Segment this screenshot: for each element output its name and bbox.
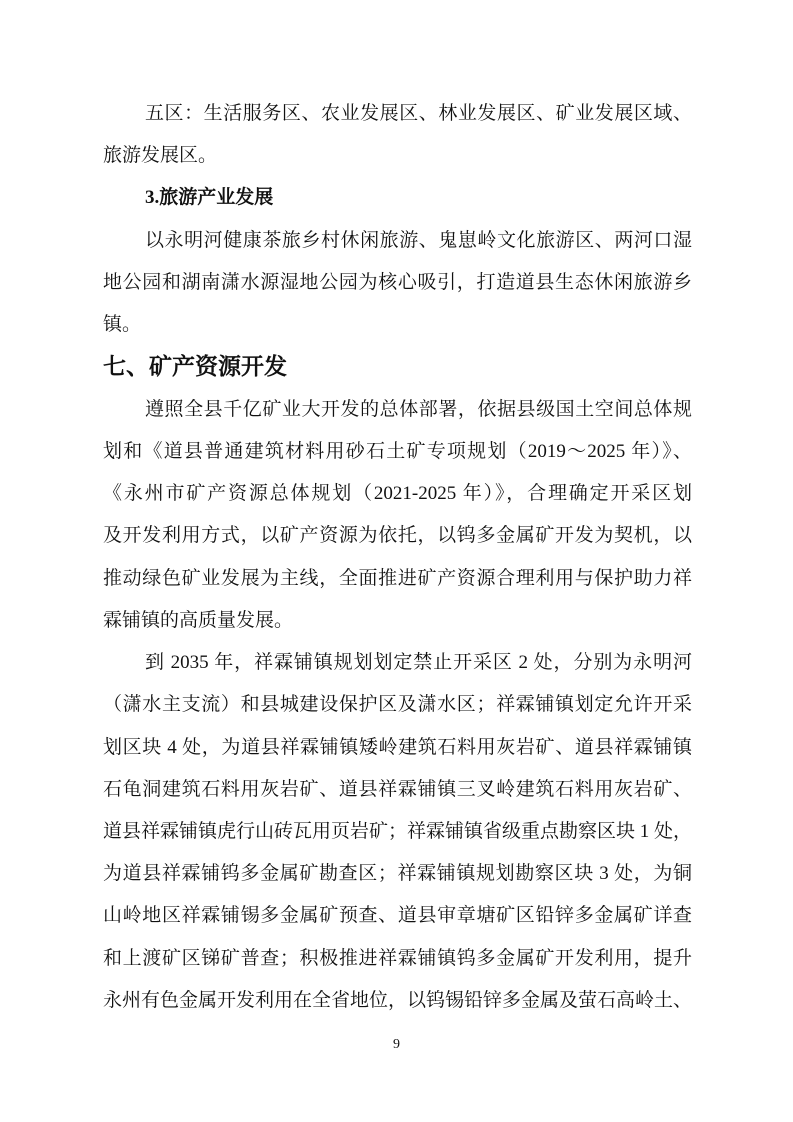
text-line: 推动绿色矿业发展为主线，全面推进矿产资源合理利用与保护助力祥 — [103, 558, 692, 600]
subsection-heading-tourism: 3.旅游产业发展 — [103, 177, 692, 219]
text-line: 镇。 — [103, 304, 692, 346]
text-line: 五区：生活服务区、农业发展区、林业发展区、矿业发展区域、 — [103, 93, 692, 135]
document-content: 五区：生活服务区、农业发展区、林业发展区、矿业发展区域、 旅游发展区。 3.旅游… — [103, 93, 692, 1022]
text-line: 山岭地区祥霖铺锡多金属矿预查、道县审章塘矿区铅锌多金属矿详查 — [103, 895, 692, 937]
section-heading-mineral-resources: 七、矿产资源开发 — [103, 346, 692, 388]
text-line: 霖铺镇的高质量发展。 — [103, 600, 692, 642]
text-line: 到 2035 年，祥霖铺镇规划划定禁止开采区 2 处，分别为永明河 — [103, 642, 692, 684]
text-line: 《永州市矿产资源总体规划（2021-2025 年）》，合理确定开采区划 — [103, 473, 692, 515]
text-line: 道县祥霖铺镇虎行山砖瓦用页岩矿；祥霖铺镇省级重点勘察区块 1 处， — [103, 811, 692, 853]
text-line: 遵照全县千亿矿业大开发的总体部署，依据县级国土空间总体规 — [103, 389, 692, 431]
text-line: 永州有色金属开发利用在全省地位，以钨锡铅锌多金属及萤石高岭土、 — [103, 980, 692, 1022]
text-line: 为道县祥霖铺钨多金属矿勘查区；祥霖铺镇规划勘察区块 3 处，为铜 — [103, 853, 692, 895]
page-number: 9 — [0, 1036, 793, 1054]
text-line: （潇水主支流）和县城建设保护区及潇水区；祥霖铺镇划定允许开采 — [103, 684, 692, 726]
text-line: 石龟洞建筑石料用灰岩矿、道县祥霖铺镇三叉岭建筑石料用灰岩矿、 — [103, 769, 692, 811]
text-line: 以永明河健康茶旅乡村休闲旅游、鬼崽岭文化旅游区、两河口湿 — [103, 220, 692, 262]
text-line: 划和《道县普通建筑材料用砂石土矿专项规划（2019～2025 年）》、 — [103, 431, 692, 473]
text-line: 及开发利用方式，以矿产资源为依托，以钨多金属矿开发为契机，以 — [103, 515, 692, 557]
text-line: 划区块 4 处，为道县祥霖铺镇矮岭建筑石料用灰岩矿、道县祥霖铺镇 — [103, 727, 692, 769]
text-line: 和上渡矿区锑矿普查；积极推进祥霖铺镇钨多金属矿开发利用，提升 — [103, 938, 692, 980]
document-page: 五区：生活服务区、农业发展区、林业发展区、矿业发展区域、 旅游发展区。 3.旅游… — [0, 0, 793, 1122]
text-line: 旅游发展区。 — [103, 135, 692, 177]
text-line: 地公园和湖南潇水源湿地公园为核心吸引，打造道县生态休闲旅游乡 — [103, 262, 692, 304]
